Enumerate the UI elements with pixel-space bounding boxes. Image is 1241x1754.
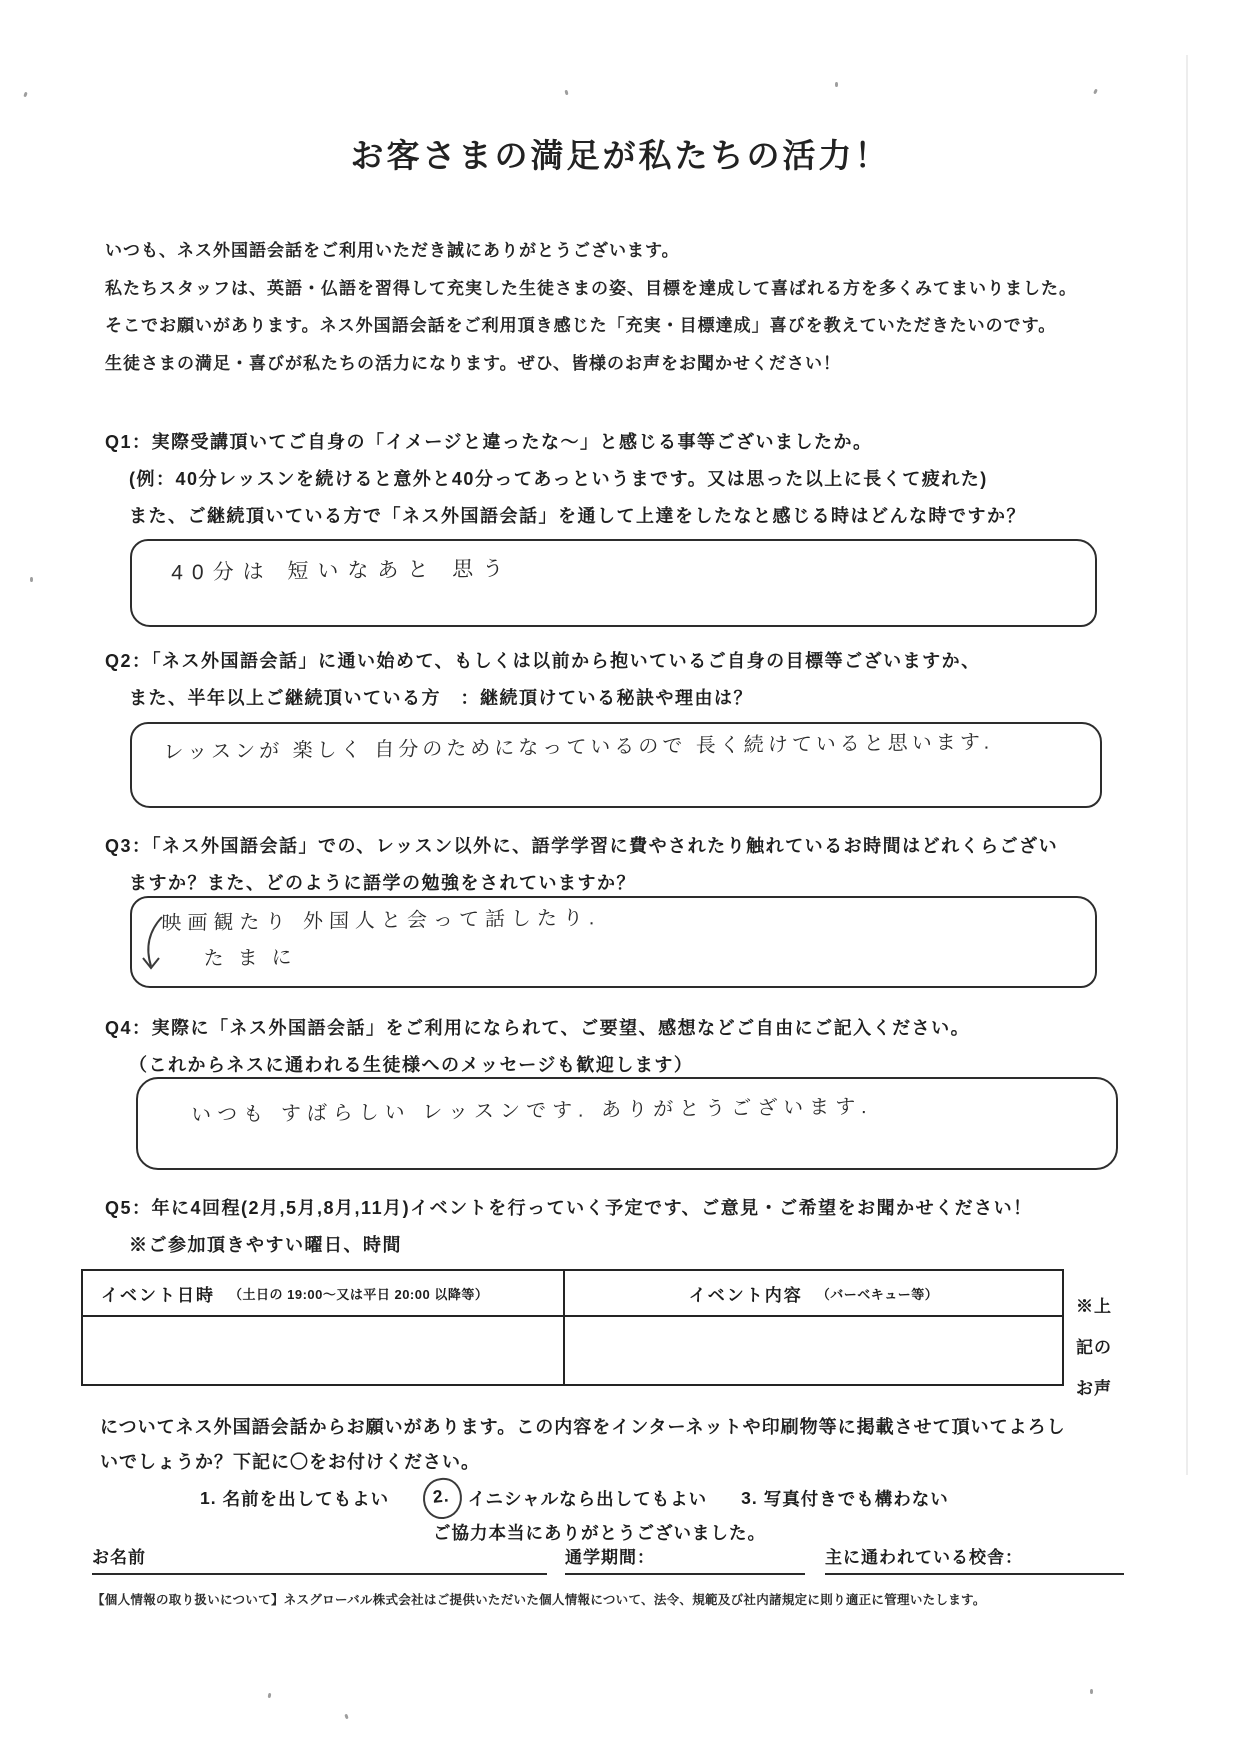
intro-line-2: 私たちスタッフは、英語・仏語を習得して充実した生徒さまの姿、目標を達成して喜ばれ… — [105, 270, 1077, 308]
scan-edge-line — [1186, 55, 1188, 1475]
scan-speck — [564, 90, 568, 96]
q3-line-1: Q3：「ネス外国語会話」での、レッスン以外に、語学学習に費やされたり触れているお… — [105, 828, 1058, 865]
answer-box-q4: いつも すばらしい レッスンです. ありがとうございます. — [136, 1077, 1118, 1170]
q1-line-2: (例：40分レッスンを続けると意外と40分ってあっというまです。又は思った以上に… — [129, 461, 1026, 498]
scan-speck — [30, 577, 33, 582]
q1-line-1: Q1：実際受講頂いてご自身の「イメージと違ったな～」と感じる事等ございましたか。 — [105, 424, 1026, 461]
page-title: お客さまの満足が私たちの活力！ — [0, 130, 1241, 177]
event-table: イベント日時 （土日の 19:00～又は平日 20:00 以降等） イベント内容… — [81, 1269, 1064, 1386]
handwritten-answer-q3-line2: たまに — [203, 931, 1095, 971]
scan-speck — [344, 1714, 349, 1720]
q5-text: 年に4回程(2月,5月,8月,11月)イベントを行っていく予定です、ご意見・ご希… — [152, 1198, 1033, 1218]
event-content-header: イベント内容 （バーベキュー等） — [565, 1271, 1062, 1315]
event-content-note: （バーベキュー等） — [817, 1284, 939, 1303]
option-1-marker: 1. — [200, 1488, 217, 1509]
option-1: 1. 名前を出してもよい — [200, 1486, 389, 1511]
option-2-label: イニシャルなら出してもよい — [468, 1486, 707, 1511]
scan-speck — [1090, 1689, 1093, 1694]
scan-speck — [835, 82, 838, 87]
scan-speck — [1093, 89, 1098, 95]
intro-line-4: 生徒さまの満足・喜びが私たちの活力になります。ぜひ、皆様のお声をお聞かせください… — [105, 345, 1077, 383]
side-note-line-2: 記の — [1076, 1327, 1112, 1368]
side-note-line-1: ※上 — [1076, 1286, 1112, 1327]
event-datetime-note: （土日の 19:00～又は平日 20:00 以降等） — [229, 1284, 488, 1303]
school-field: 主に通われている校舎： — [825, 1543, 1124, 1575]
q2-text: 「ネス外国語会話」に通い始めて、もしくは以前から抱いているご自身の目標等ございま… — [152, 651, 981, 671]
consent-line-2: いでしょうか？下記に〇をお付けください。 — [100, 1445, 1066, 1480]
answer-box-q3: 映画観たり 外国人と会って話したり. たまに — [130, 896, 1097, 988]
option-3-marker: 3. — [741, 1488, 758, 1509]
q1-line-3: また、ご継続頂いている方で「ネス外国語会話」を通して上達をしたなと感じる時はどん… — [129, 498, 1026, 535]
q5-label: Q5： — [105, 1198, 152, 1218]
footer-fields: お名前 通学期間： 主に通われている校舎： — [92, 1543, 1124, 1575]
consent-options: 1. 名前を出してもよい 2. イニシャルなら出してもよい 3. 写真付きでも構… — [200, 1478, 949, 1519]
q4-text: 実際に「ネス外国語会話」をご利用になられて、ご要望、感想などご自由にご記入くださ… — [152, 1018, 971, 1038]
q3-text: 「ネス外国語会話」での、レッスン以外に、語学学習に費やされたり触れているお時間は… — [152, 836, 1059, 856]
q5-line-1: Q5：年に4回程(2月,5月,8月,11月)イベントを行っていく予定です、ご意見… — [105, 1190, 1033, 1227]
circled-option-marker: 2. — [421, 1476, 463, 1520]
side-note: ※上 記の お声 — [1076, 1286, 1112, 1409]
event-table-body-row — [83, 1317, 1062, 1384]
q1-label: Q1： — [105, 432, 152, 452]
question-q2: Q2：「ネス外国語会話」に通い始めて、もしくは以前から抱いているご自身の目標等ご… — [105, 643, 981, 717]
school-field-label: 主に通われている校舎： — [825, 1548, 1023, 1567]
name-field-label: お名前 — [92, 1548, 146, 1567]
privacy-note: 【個人情報の取り扱いについて】ネスグローバル株式会社はご提供いただいた個人情報に… — [92, 1590, 986, 1608]
event-table-header-row: イベント日時 （土日の 19:00～又は平日 20:00 以降等） イベント内容… — [83, 1271, 1062, 1317]
consent-line-1: についてネス外国語会話からお願いがあります。この内容をインターネットや印刷物等に… — [100, 1410, 1066, 1445]
event-datetime-header: イベント日時 （土日の 19:00～又は平日 20:00 以降等） — [83, 1271, 565, 1315]
side-note-line-3: お声 — [1076, 1368, 1112, 1409]
q2-label: Q2： — [105, 651, 152, 671]
handwritten-answer-q1: 40分は 短いなあと 思う — [131, 529, 1095, 587]
option-1-label: 名前を出してもよい — [223, 1486, 390, 1511]
intro-line-1: いつも、ネス外国語会話をご利用いただき誠にありがとうございます。 — [105, 232, 1077, 270]
scan-speck — [268, 1693, 272, 1698]
event-content-cell — [565, 1317, 1062, 1384]
thanks-line: ご協力本当にありがとうございました。 — [433, 1520, 766, 1545]
event-datetime-title: イベント日時 — [101, 1281, 215, 1306]
handwritten-answer-q2: レッスンが 楽しく 自分のためになっているので 長く続けていると思います. — [131, 712, 1100, 765]
event-content-title: イベント内容 — [689, 1281, 803, 1306]
answer-box-q1: 40分は 短いなあと 思う — [130, 539, 1097, 627]
q2-line-1: Q2：「ネス外国語会話」に通い始めて、もしくは以前から抱いているご自身の目標等ご… — [105, 643, 981, 680]
q4-label: Q4： — [105, 1018, 152, 1038]
q4-line-1: Q4：実際に「ネス外国語会話」をご利用になられて、ご要望、感想などご自由にご記入… — [105, 1010, 970, 1047]
option-3: 3. 写真付きでも構わない — [741, 1486, 949, 1511]
option-3-label: 写真付きでも構わない — [764, 1486, 949, 1511]
consent-paragraph: についてネス外国語会話からお願いがあります。この内容をインターネットや印刷物等に… — [100, 1410, 1066, 1480]
handwritten-answer-q4: いつも すばらしい レッスンです. ありがとうございます. — [137, 1067, 1116, 1128]
answer-box-q2: レッスンが 楽しく 自分のためになっているので 長く続けていると思います. — [130, 722, 1102, 808]
scanned-survey-page: お客さまの満足が私たちの活力！ いつも、ネス外国語会話をご利用いただき誠にありが… — [0, 0, 1241, 1754]
question-q1: Q1：実際受講頂いてご自身の「イメージと違ったな～」と感じる事等ございましたか。… — [105, 424, 1026, 535]
period-field-label: 通学期間： — [565, 1548, 655, 1567]
q5-line-2: ※ご参加頂きやすい曜日、時間 — [129, 1227, 1033, 1264]
period-field: 通学期間： — [565, 1543, 805, 1575]
name-field: お名前 — [92, 1543, 547, 1575]
option-2: 2. イニシャルなら出してもよい — [423, 1478, 707, 1519]
intro-paragraph: いつも、ネス外国語会話をご利用いただき誠にありがとうございます。 私たちスタッフ… — [105, 232, 1077, 382]
question-q5: Q5：年に4回程(2月,5月,8月,11月)イベントを行っていく予定です、ご意見… — [105, 1190, 1033, 1264]
q2-line-2: また、半年以上ご継続頂いている方 ：継続頂けている秘訣や理由は？ — [129, 680, 981, 717]
intro-line-3: そこでお願いがあります。ネス外国語会話をご利用頂き感じた「充実・目標達成」喜びを… — [105, 307, 1077, 345]
scan-speck — [23, 92, 28, 98]
event-datetime-cell — [83, 1317, 565, 1384]
q3-label: Q3： — [105, 836, 152, 856]
q1-text: 実際受講頂いてご自身の「イメージと違ったな～」と感じる事等ございましたか。 — [152, 432, 873, 452]
